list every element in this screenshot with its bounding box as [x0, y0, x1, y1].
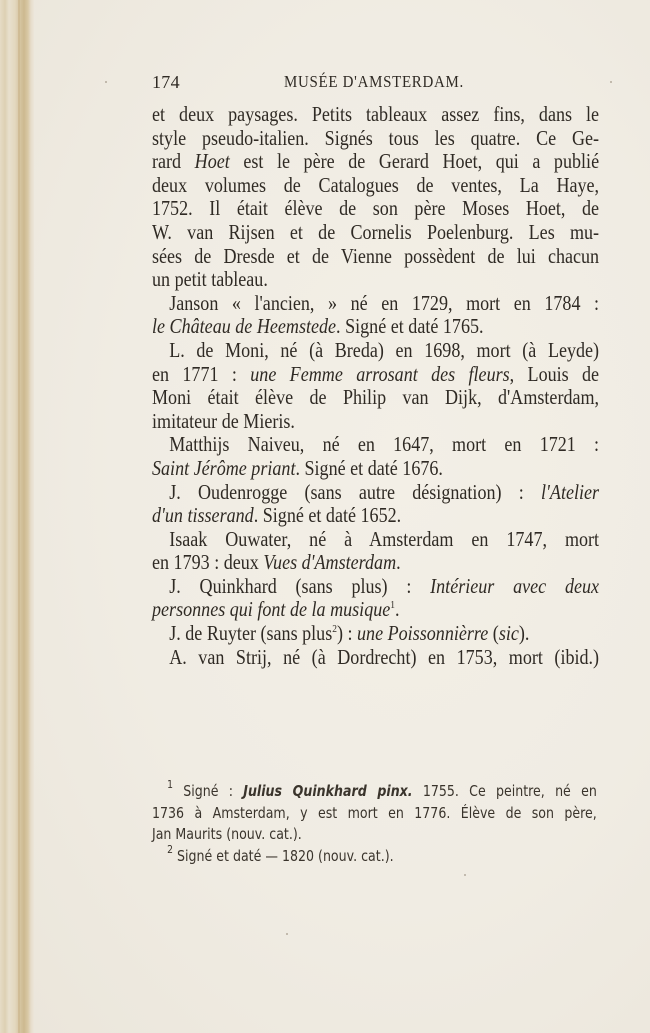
- text-line: J. Quinkhard (sans plus) : Intérieur ave…: [152, 575, 599, 599]
- text-line: style pseudo-italien. Signés tous les qu…: [152, 127, 599, 151]
- text-line: en 1771 : une Femme arrosant des fleurs,…: [152, 363, 599, 387]
- italic-title: Saint Jérôme priant: [152, 456, 295, 480]
- italic-title: l'Atelier: [541, 480, 599, 504]
- italic-title: d'un tisserand: [152, 503, 254, 527]
- paper-speck: [610, 81, 612, 83]
- italic-title: personnes qui font de la musique: [152, 597, 390, 621]
- text-line: deux volumes de Catalogues de ventes, La…: [152, 174, 599, 198]
- book-binding-edge: [0, 0, 34, 1033]
- text-line: personnes qui font de la musique1.: [152, 598, 599, 622]
- text-line: et deux paysages. Petits tableaux assez …: [152, 103, 599, 127]
- text-line: Saint Jérôme priant. Signé et daté 1676.: [152, 457, 599, 481]
- text-line: le Château de Heemstede. Signé et daté 1…: [152, 315, 599, 339]
- italic-title: une Femme arrosant des fleurs: [250, 362, 509, 386]
- paper-speck: [286, 933, 288, 935]
- text-line: Matthijs Naiveu, né en 1647, mort en 172…: [152, 433, 599, 457]
- footnote-line: Jan Maurits (nouv. cat.).: [152, 824, 597, 846]
- italic-title: Hoet: [195, 149, 230, 173]
- text-line: J. de Ruyter (sans plus2) : une Poissonn…: [152, 622, 599, 646]
- binding-fold-line: [18, 0, 20, 1033]
- footnote-marker: 2: [332, 623, 337, 635]
- paper-speck: [464, 874, 466, 876]
- footnote-marker: 1: [390, 599, 395, 611]
- italic-title: Intérieur avec deux: [430, 574, 599, 598]
- body-text: et deux paysages. Petits tableaux assez …: [152, 103, 599, 669]
- text-line: imitateur de Mieris.: [152, 410, 599, 434]
- footnote-marker: 2: [167, 843, 173, 856]
- paper-speck: [105, 81, 107, 83]
- text-line: rard Hoet est le père de Gerard Hoet, qu…: [152, 150, 599, 174]
- text-line: un petit tableau.: [152, 268, 599, 292]
- text-line: d'un tisserand. Signé et daté 1652.: [152, 504, 599, 528]
- italic-title: une Poissonnièrre: [357, 621, 488, 645]
- footnote-marker: 1: [167, 778, 173, 791]
- text-line: Janson « l'ancien, » né en 1729, mort en…: [152, 292, 599, 316]
- italic-title: sic: [499, 621, 519, 645]
- text-line: W. van Rijsen et de Cornelis Poelenburg.…: [152, 221, 599, 245]
- text-line: Moni était élève de Philip van Dijk, d'A…: [152, 386, 599, 410]
- text-line: en 1793 : deux Vues d'Amsterdam.: [152, 551, 599, 575]
- footnote-line: 2 Signé et daté — 1820 (nouv. cat.).: [152, 846, 597, 868]
- italic-title: Vues d'Amsterdam: [263, 550, 396, 574]
- text-line: L. de Moni, né (à Breda) en 1698, mort (…: [152, 339, 599, 363]
- text-line: Isaak Ouwater, né à Amsterdam en 1747, m…: [152, 528, 599, 552]
- text-line: 1752. Il était élève de son père Moses H…: [152, 197, 599, 221]
- text-line: A. van Strij, né (à Dordrecht) en 1753, …: [152, 646, 599, 670]
- running-title: MUSÉE D'AMSTERDAM.: [284, 72, 464, 92]
- text-line: J. Oudenrogge (sans autre désignation) :…: [152, 481, 599, 505]
- text-line: sées de Dresde et de Vienne possèdent de…: [152, 245, 599, 269]
- footnote-line: 1 Signé : Julius Quinkhard pinx. 1755. C…: [152, 781, 597, 803]
- footnotes: 1 Signé : Julius Quinkhard pinx. 1755. C…: [152, 781, 597, 867]
- page-header: 174 MUSÉE D'AMSTERDAM.: [152, 72, 599, 96]
- italic-title: le Château de Heemstede: [152, 314, 336, 338]
- page-number: 174: [152, 72, 180, 93]
- footnote-line: 1736 à Amsterdam, y est mort en 1776. Él…: [152, 803, 597, 825]
- italic-title: Julius Quinkhard pinx.: [243, 782, 412, 800]
